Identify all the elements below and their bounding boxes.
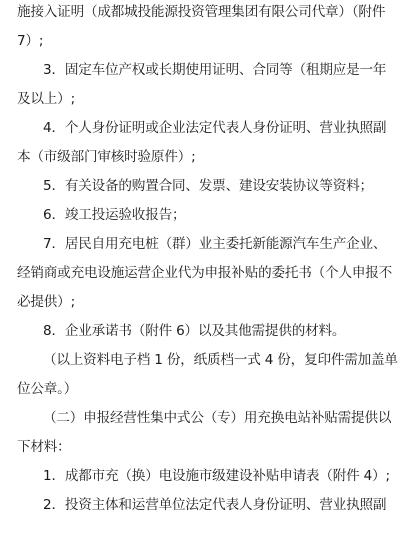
text-line: 7）; <box>17 33 43 49</box>
text-line: 下材料： <box>17 439 71 455</box>
list-item-4: 4．个人身份证明或企业法定代表人身份证明、营业执照副 <box>43 120 386 136</box>
list-item-2: 2．投资主体和运营单位法定代表人身份证明、营业执照副 <box>43 497 386 513</box>
list-item-5: 5．有关设备的购置合同、发票、建设安装协议等资料； <box>43 178 373 194</box>
section-heading-2: （二）申报经营性集中式公（专）用充换电站补贴需提供以 <box>43 410 391 426</box>
text-line: 施接入证明（成都城投能源投资管理集团有限公司代章）（附件 <box>17 4 385 20</box>
list-item-6: 6．竣工投运验收报告； <box>43 207 185 223</box>
text-line: 必提供）; <box>17 294 75 310</box>
list-item-7: 7．居民自用充电桩（群）业主委托新能源汽车生产企业、 <box>43 236 386 252</box>
list-item-8: 8．企业承诺书（附件 6）以及其他需提供的材料。 <box>43 323 345 339</box>
text-line: 位公章。） <box>17 381 77 397</box>
list-item-1: 1．成都市充（换）电设施市级建设补贴申请表（附件 4）; <box>43 468 390 484</box>
text-line: 经销商或充电设施运营企业代为申报补贴的委托书（个人申报不 <box>17 265 392 281</box>
text-line: 及以上）; <box>17 91 75 107</box>
list-item-3: 3．固定车位产权或长期使用证明、合同等（租期应是一年 <box>43 62 386 78</box>
note-paragraph: （以上资料电子档 1 份，纸质档一式 4 份，复印件需加盖单 <box>43 352 398 368</box>
text-line: 本（市级部门审核时验原件）; <box>17 149 196 165</box>
